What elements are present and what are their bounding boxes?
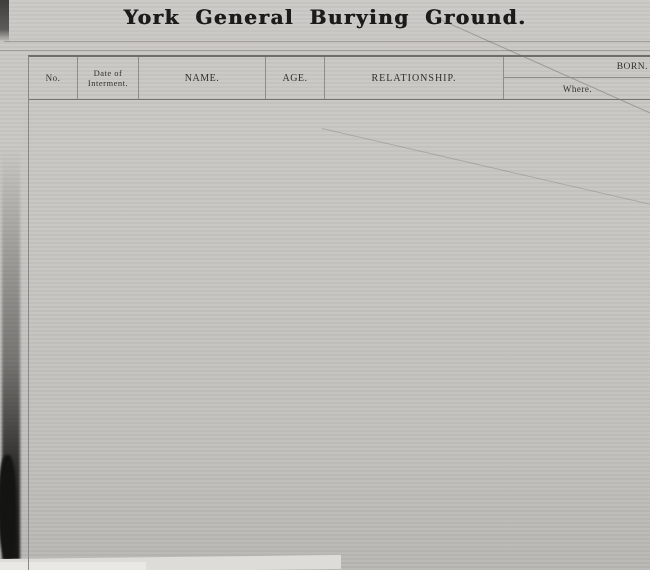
column-header-relationship: RELATIONSHIP. bbox=[325, 57, 504, 99]
column-header-name: NAME. bbox=[139, 57, 266, 99]
binding-dark-blob bbox=[0, 455, 16, 560]
table-top-rule bbox=[0, 50, 650, 51]
page-title: York General Burying Ground. bbox=[0, 5, 650, 29]
where-label: Where. bbox=[504, 78, 650, 99]
burial-register-table: No. Date of Interment. NAME. AGE. RELATI… bbox=[28, 55, 650, 570]
column-header-born: BORN. Where. bbox=[504, 57, 650, 99]
table-header-row: No. Date of Interment. NAME. AGE. RELATI… bbox=[29, 57, 650, 100]
title-rule bbox=[4, 41, 650, 42]
column-header-age: AGE. bbox=[266, 57, 325, 99]
born-label: BORN. bbox=[504, 57, 650, 77]
column-header-date-of-interment: Date of Interment. bbox=[78, 57, 139, 99]
table-body bbox=[29, 100, 650, 570]
scanned-register-page: York General Burying Ground. No. Date of… bbox=[0, 0, 650, 570]
column-header-no: No. bbox=[29, 57, 78, 99]
